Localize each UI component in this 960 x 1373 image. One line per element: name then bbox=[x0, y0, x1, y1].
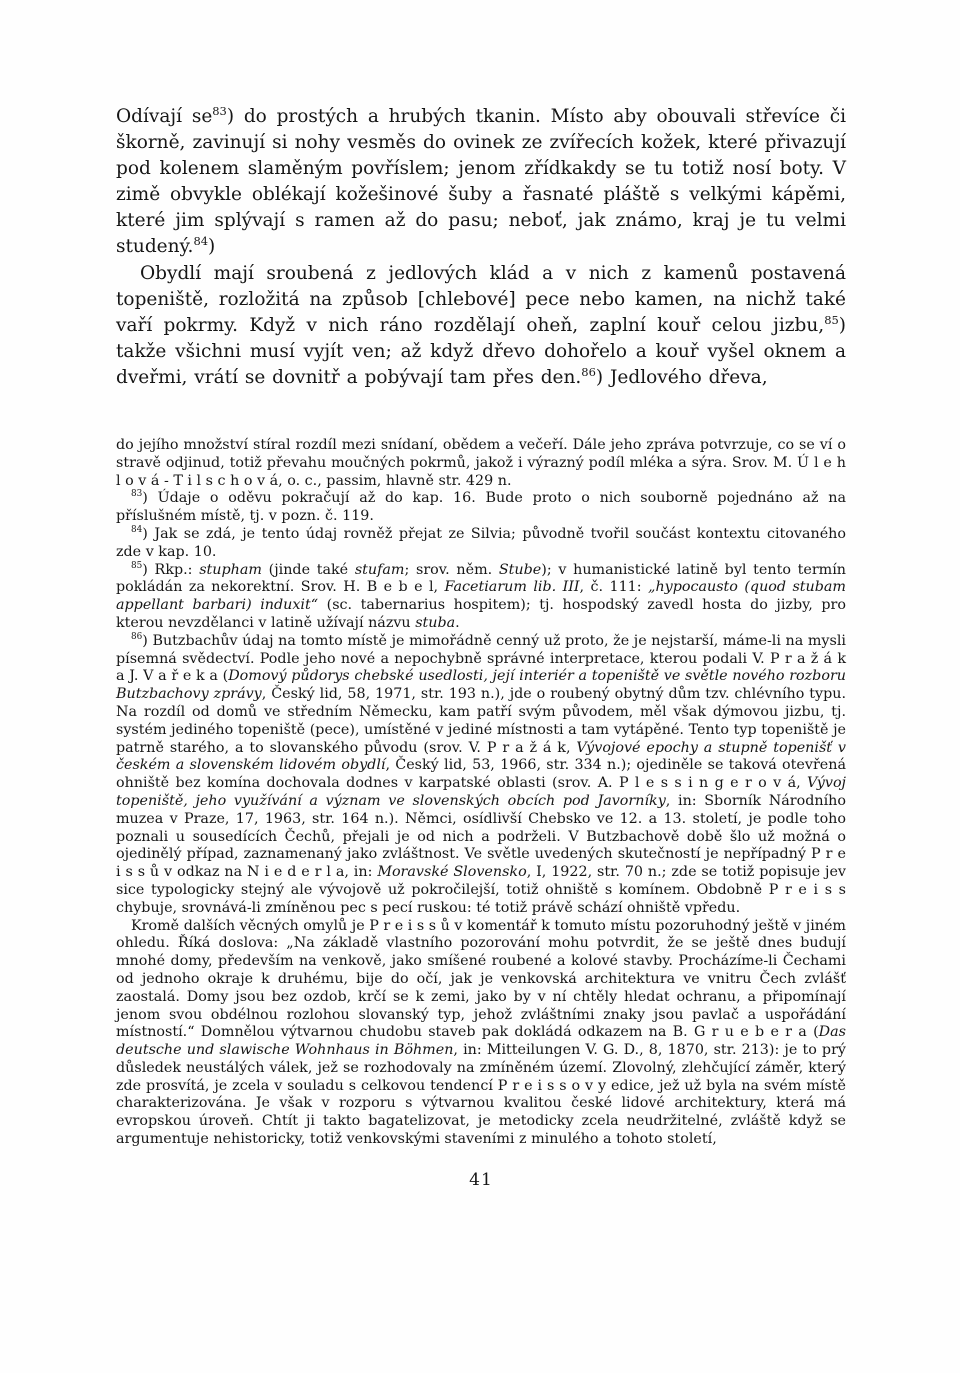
body-paragraph-1: Odívají se83) do prostých a hrubých tkan… bbox=[116, 104, 846, 260]
footnote-84: 84) Jak se zdá, je tento údaj rovněž pře… bbox=[116, 526, 846, 562]
footnote-marker: 84 bbox=[131, 525, 142, 535]
footnote-marker: 84 bbox=[193, 234, 208, 248]
footnote-continuation: do jejího množství stíral rozdíl mezi sn… bbox=[116, 437, 846, 490]
page-number: 41 bbox=[116, 1170, 846, 1190]
footnote-86: 86) Butzbachův údaj na tomto místě je mi… bbox=[116, 633, 846, 918]
book-page: Odívají se83) do prostých a hrubých tkan… bbox=[0, 0, 960, 1373]
footnote-marker: 83 bbox=[212, 104, 227, 118]
italic-text: Das deutsche und slawische Wohnhaus in B… bbox=[116, 1024, 846, 1058]
italic-text: Moravské Slovensko bbox=[377, 864, 526, 880]
italic-text: Vývojové epochy a stupně topenišť v česk… bbox=[116, 740, 846, 774]
body-text: Odívají se83) do prostých a hrubých tkan… bbox=[116, 104, 846, 391]
italic-text: stuba bbox=[415, 615, 455, 631]
footnote-86-continued: Kromě dalších věcných omylů je P r e i s… bbox=[116, 918, 846, 1149]
footnote-marker: 83 bbox=[131, 490, 142, 500]
footnote-83: 83) Údaje o oděvu pokračují až do kap. 1… bbox=[116, 490, 846, 526]
body-paragraph-2: Obydlí mají sroubená z jedlových klád a … bbox=[116, 261, 846, 391]
footnote-85: 85) Rkp.: stupham (jinde také stufam; sr… bbox=[116, 562, 846, 633]
footnote-marker: 85 bbox=[824, 313, 839, 327]
italic-text: stupham bbox=[199, 562, 262, 578]
footnote-marker: 85 bbox=[131, 561, 142, 571]
italic-text: Domový půdorys chebské usedlosti, její i… bbox=[116, 668, 846, 702]
footnotes-section: do jejího množství stíral rozdíl mezi sn… bbox=[116, 437, 846, 1149]
italic-text: Stube bbox=[499, 562, 541, 578]
italic-text: stufam bbox=[355, 562, 405, 578]
footnote-marker: 86 bbox=[131, 632, 142, 642]
italic-text: Facetiarum lib. III bbox=[445, 579, 580, 595]
italic-text: Vývoj topeniště, jeho využívání a význam… bbox=[116, 775, 846, 809]
footnote-marker: 86 bbox=[581, 365, 596, 379]
